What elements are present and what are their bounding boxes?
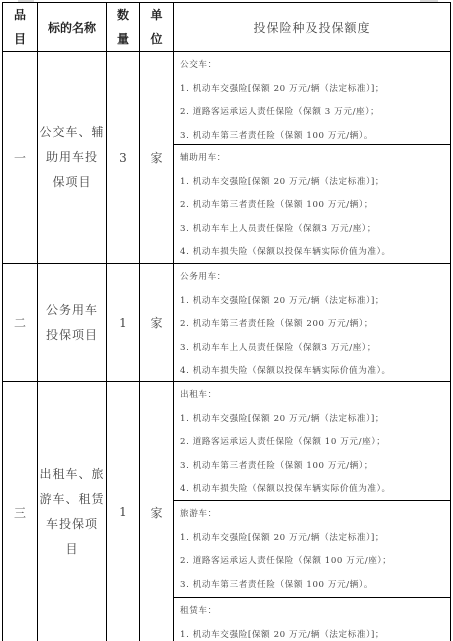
header-quantity-text: 数量	[107, 3, 139, 51]
coverage-item: 1. 机动车交强险[保额 20 万元/辆（法定标准）]；	[180, 624, 450, 641]
vehicle-group: 公务用车：1. 机动车交强险[保额 20 万元/辆（法定标准）]；2. 机动车第…	[174, 264, 450, 381]
insurance-table: 品目 标的名称 数量 单位 投保险种及投保额度 一公交车、辅助用车投保项目3家公…	[2, 2, 451, 641]
vehicle-group: 旅游车：1. 机动车交强险[保额 20 万元/辆（法定标准）]；2. 道路客运承…	[174, 501, 450, 598]
header-char: 位	[140, 27, 173, 51]
coverage-item: 2. 机动车第三者责任险（保额 200 万元/辆）；	[180, 313, 450, 337]
subject-name-line: 车投保项	[38, 512, 106, 537]
table-row: 二公务用车投保项目1家公务用车：1. 机动车交强险[保额 20 万元/辆（法定标…	[3, 264, 451, 382]
subject-name-cell: 公交车、辅助用车投保项目	[38, 52, 107, 264]
header-char: 目	[3, 27, 37, 51]
coverage-item: 3. 机动车车上人员责任保险（保额3 万元/座）；	[180, 337, 450, 361]
coverage-item: 3. 机动车第三者责任险（保额 100 万元/辆）；	[180, 455, 450, 479]
coverage-item: 2. 机动车第三者责任险（保额 100 万元/辆）；	[180, 194, 450, 218]
coverage-item: 2. 道路客运承运人责任保险（保额 3 万元/座）；	[180, 101, 450, 125]
header-category-text: 品目	[3, 3, 37, 51]
table-row: 一公交车、辅助用车投保项目3家公交车：1. 机动车交强险[保额 20 万元/辆（…	[3, 52, 451, 264]
header-details: 投保险种及投保额度	[174, 3, 451, 52]
vehicle-group-title: 出租车：	[180, 384, 450, 408]
vehicle-group-title: 租赁车：	[180, 600, 450, 624]
coverage-item: 2. 道路客运承运人责任保险（保额 10 万元/座）；	[180, 431, 450, 455]
subject-name-line: 保项目	[38, 170, 106, 195]
header-quantity: 数量	[107, 3, 140, 52]
header-unit-text: 单位	[140, 3, 173, 51]
coverage-item: 3. 机动车第三者责任险（保额 100 万元/辆）。	[180, 574, 450, 598]
coverage-item: 4. 机动车损失险（保额以投保车辆实际价值为准）。	[180, 360, 450, 384]
subject-name-cell: 出租车、旅游车、租赁车投保项目	[38, 382, 107, 641]
quantity-cell: 1	[107, 264, 140, 382]
vehicle-group-title: 辅助用车：	[180, 147, 450, 171]
header-char: 量	[107, 27, 139, 51]
category-cell: 一	[3, 52, 38, 264]
coverage-details-cell: 公务用车：1. 机动车交强险[保额 20 万元/辆（法定标准）]；2. 机动车第…	[174, 264, 451, 382]
unit-cell: 家	[140, 52, 174, 264]
coverage-item: 1. 机动车交强险[保额 20 万元/辆（法定标准）]；	[180, 290, 450, 314]
vehicle-group-title: 旅游车：	[180, 503, 450, 527]
unit-cell: 家	[140, 382, 174, 641]
header-char: 数	[107, 3, 139, 27]
header-category: 品目	[3, 3, 38, 52]
vehicle-group-title: 公务用车：	[180, 266, 450, 290]
coverage-details-cell: 出租车：1. 机动车交强险[保额 20 万元/辆（法定标准）]；2. 道路客运承…	[174, 382, 451, 641]
category-cell: 三	[3, 382, 38, 641]
vehicle-group: 公交车：1. 机动车交强险[保额 20 万元/辆（法定标准）]；2. 道路客运承…	[174, 52, 450, 145]
subject-name-line: 出租车、旅	[38, 462, 106, 487]
header-char: 品	[3, 3, 37, 27]
coverage-item: 1. 机动车交强险[保额 20 万元/辆（法定标准）]；	[180, 408, 450, 432]
coverage-item: 1. 机动车交强险[保额 20 万元/辆（法定标准）]；	[180, 171, 450, 195]
table-row: 三出租车、旅游车、租赁车投保项目1家出租车：1. 机动车交强险[保额 20 万元…	[3, 382, 451, 641]
coverage-item: 1. 机动车交强险[保额 20 万元/辆（法定标准）]；	[180, 527, 450, 551]
vehicle-group: 辅助用车：1. 机动车交强险[保额 20 万元/辆（法定标准）]；2. 机动车第…	[174, 145, 450, 263]
unit-cell: 家	[140, 264, 174, 382]
header-char: 单	[140, 3, 173, 27]
subject-name-line: 目	[38, 537, 106, 562]
subject-name-line: 公务用车	[38, 298, 106, 323]
header-row: 品目 标的名称 数量 单位 投保险种及投保额度	[3, 3, 451, 52]
subject-name-line: 助用车投	[38, 145, 106, 170]
vehicle-group-title: 公交车：	[180, 54, 450, 78]
coverage-item: 3. 机动车车上人员责任保险（保额3 万元/座）；	[180, 218, 450, 242]
subject-name-line: 投保项目	[38, 323, 106, 348]
vehicle-group: 出租车：1. 机动车交强险[保额 20 万元/辆（法定标准）]；2. 道路客运承…	[174, 382, 450, 501]
coverage-item: 2. 道路客运承运人责任保险（保额 100 万元/座）；	[180, 550, 450, 574]
subject-name-line: 游车、租赁	[38, 487, 106, 512]
coverage-item: 4. 机动车损失险（保额以投保车辆实际价值为准）。	[180, 241, 450, 265]
quantity-cell: 3	[107, 52, 140, 264]
coverage-item: 4. 机动车损失险（保额以投保车辆实际价值为准）。	[180, 478, 450, 502]
header-name: 标的名称	[38, 3, 107, 52]
category-cell: 二	[3, 264, 38, 382]
subject-name-cell: 公务用车投保项目	[38, 264, 107, 382]
subject-name-line: 公交车、辅	[38, 120, 106, 145]
vehicle-group: 租赁车：1. 机动车交强险[保额 20 万元/辆（法定标准）]；	[174, 598, 450, 641]
header-unit: 单位	[140, 3, 174, 52]
quantity-cell: 1	[107, 382, 140, 641]
coverage-item: 1. 机动车交强险[保额 20 万元/辆（法定标准）]；	[180, 78, 450, 102]
coverage-details-cell: 公交车：1. 机动车交强险[保额 20 万元/辆（法定标准）]；2. 道路客运承…	[174, 52, 451, 264]
